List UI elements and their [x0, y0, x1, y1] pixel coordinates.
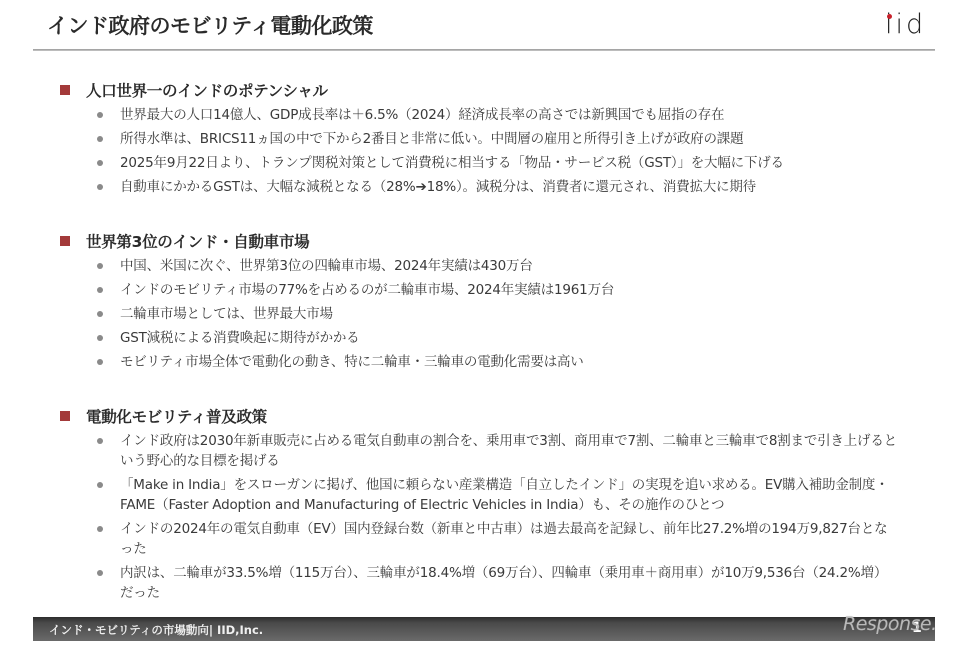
section-title: 世界第3位のインド・自動車市場	[86, 230, 309, 252]
square-bullet-icon	[60, 85, 70, 95]
list-item: 「Make in India」をスローガンに掲げ、他国に頼らない産業構造「自立し…	[60, 475, 900, 515]
section-auto-market: 世界第3位のインド・自動車市場 中国、米国に次ぐ、世界第3位の四輪車市場、202…	[60, 230, 900, 372]
footer-text: インド・モビリティの市場動向| IID,Inc.	[49, 622, 263, 638]
logo-red-dot-icon	[887, 14, 892, 19]
list-item: 世界最大の人口14億人、GDP成長率は＋6.5%（2024）経済成長率の高さでは…	[60, 105, 900, 125]
header-divider	[33, 49, 935, 51]
footer-bar: インド・モビリティの市場動向| IID,Inc. 1	[33, 617, 935, 641]
iid-logo: iid	[885, 9, 926, 40]
section-title: 電動化モビリティ普及政策	[86, 405, 267, 427]
list-item: インドの2024年の電気自動車（EV）国内登録台数（新車と中古車）は過去最高を記…	[60, 519, 900, 559]
list-item: インドのモビリティ市場の77%を占めるのが二輪車市場、2024年実績は1961万…	[60, 280, 900, 300]
section-population-potential: 人口世界一のインドのポテンシャル 世界最大の人口14億人、GDP成長率は＋6.5…	[60, 79, 900, 197]
square-bullet-icon	[60, 236, 70, 246]
list-item: 所得水準は、BRICS11ヵ国の中で下から2番目と非常に低い。中間層の雇用と所得…	[60, 129, 900, 149]
list-item: GST減税による消費喚起に期待がかかる	[60, 328, 900, 348]
list-item: 中国、米国に次ぐ、世界第3位の四輪車市場、2024年実績は430万台	[60, 256, 900, 276]
list-item: 内訳は、二輪車が33.5%増（115万台）、三輪車が18.4%増（69万台）、四…	[60, 563, 900, 603]
response-watermark: Response.	[843, 613, 937, 635]
section-title: 人口世界一のインドのポテンシャル	[86, 79, 328, 101]
list-item: 二輪車市場としては、世界最大市場	[60, 304, 900, 324]
logo-text: iid	[885, 9, 926, 40]
list-item: モビリティ市場全体で電動化の動き、特に二輪車・三輪車の電動化需要は高い	[60, 352, 900, 372]
square-bullet-icon	[60, 411, 70, 421]
list-item: 2025年9月22日より、トランプ関税対策として消費税に相当する「物品・サービス…	[60, 153, 900, 173]
list-item: 自動車にかかるGSTは、大幅な減税となる（28%➔18%）。減税分は、消費者に還…	[60, 177, 900, 197]
page-title: インド政府のモビリティ電動化政策	[47, 10, 373, 40]
section-ev-policy: 電動化モビリティ普及政策 インド政府は2030年新車販売に占める電気自動車の割合…	[60, 405, 900, 603]
list-item: インド政府は2030年新車販売に占める電気自動車の割合を、乗用車で3割、商用車で…	[60, 431, 900, 471]
